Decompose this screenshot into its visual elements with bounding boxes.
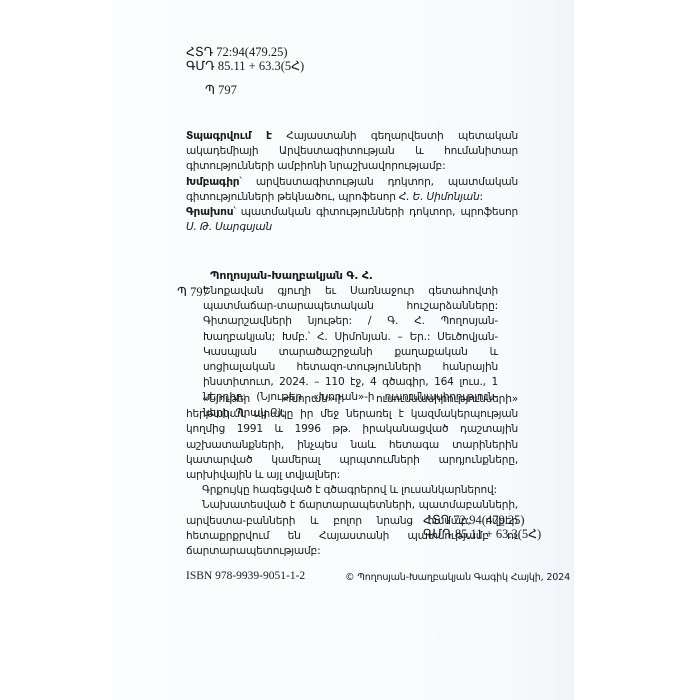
bottom-udc-index: ՀՏԴ 72:94(479.25)	[423, 513, 524, 527]
editor-name: Հ. Ե. Սիմոնյան	[399, 191, 480, 203]
reviewer-line: Գրախոս՝ պատմական գիտությունների դոկտոր, …	[186, 205, 518, 235]
bottom-bbk-index: ԳՄԴ 85.11 + 63.3(5Հ)	[423, 527, 541, 541]
abstract-paragraph: Գրքույկը հագեցված է գծագրերով և լուսանկա…	[186, 483, 518, 498]
isbn: ISBN 978-9939-9051-1-2	[186, 570, 305, 582]
reviewer-name: Ս. Թ. Սարգսյան	[186, 221, 272, 233]
approval-block: Տպագրվում է Հայաստանի գեղարվեստի պետական…	[186, 129, 518, 235]
editor-label: Խմբագիր	[186, 176, 239, 188]
top-bbk-index: ԳՄԴ 85.11 + 63.3(5Հ)	[186, 59, 304, 73]
abstract-paragraph: «Նյութեր «Խորան»-ի ուսումնասիրություններ…	[186, 392, 518, 483]
copyright: © Պողոսյան-Խաղբակյան Գագիկ Հայկի, 2024	[345, 572, 570, 583]
top-udc-index: ՀՏԴ 72:94(479.25)	[186, 45, 287, 59]
catalog-author-heading: Պողոսյան-Խաղբակյան Գ. Հ.	[210, 268, 373, 283]
reviewer-text: ՝ պատմական գիտությունների դոկտոր, պրոֆես…	[233, 206, 518, 218]
top-author-mark: Պ 797	[205, 83, 237, 97]
recommended-label: Տպագրվում է	[186, 130, 272, 142]
recommendation-line: Տպագրվում է Հայաստանի գեղարվեստի պետական…	[186, 129, 518, 175]
editor-line: Խմբագիր՝ արվեստագիտության դոկտոր, պատմակ…	[186, 175, 518, 205]
reviewer-label: Գրախոս	[186, 206, 233, 218]
